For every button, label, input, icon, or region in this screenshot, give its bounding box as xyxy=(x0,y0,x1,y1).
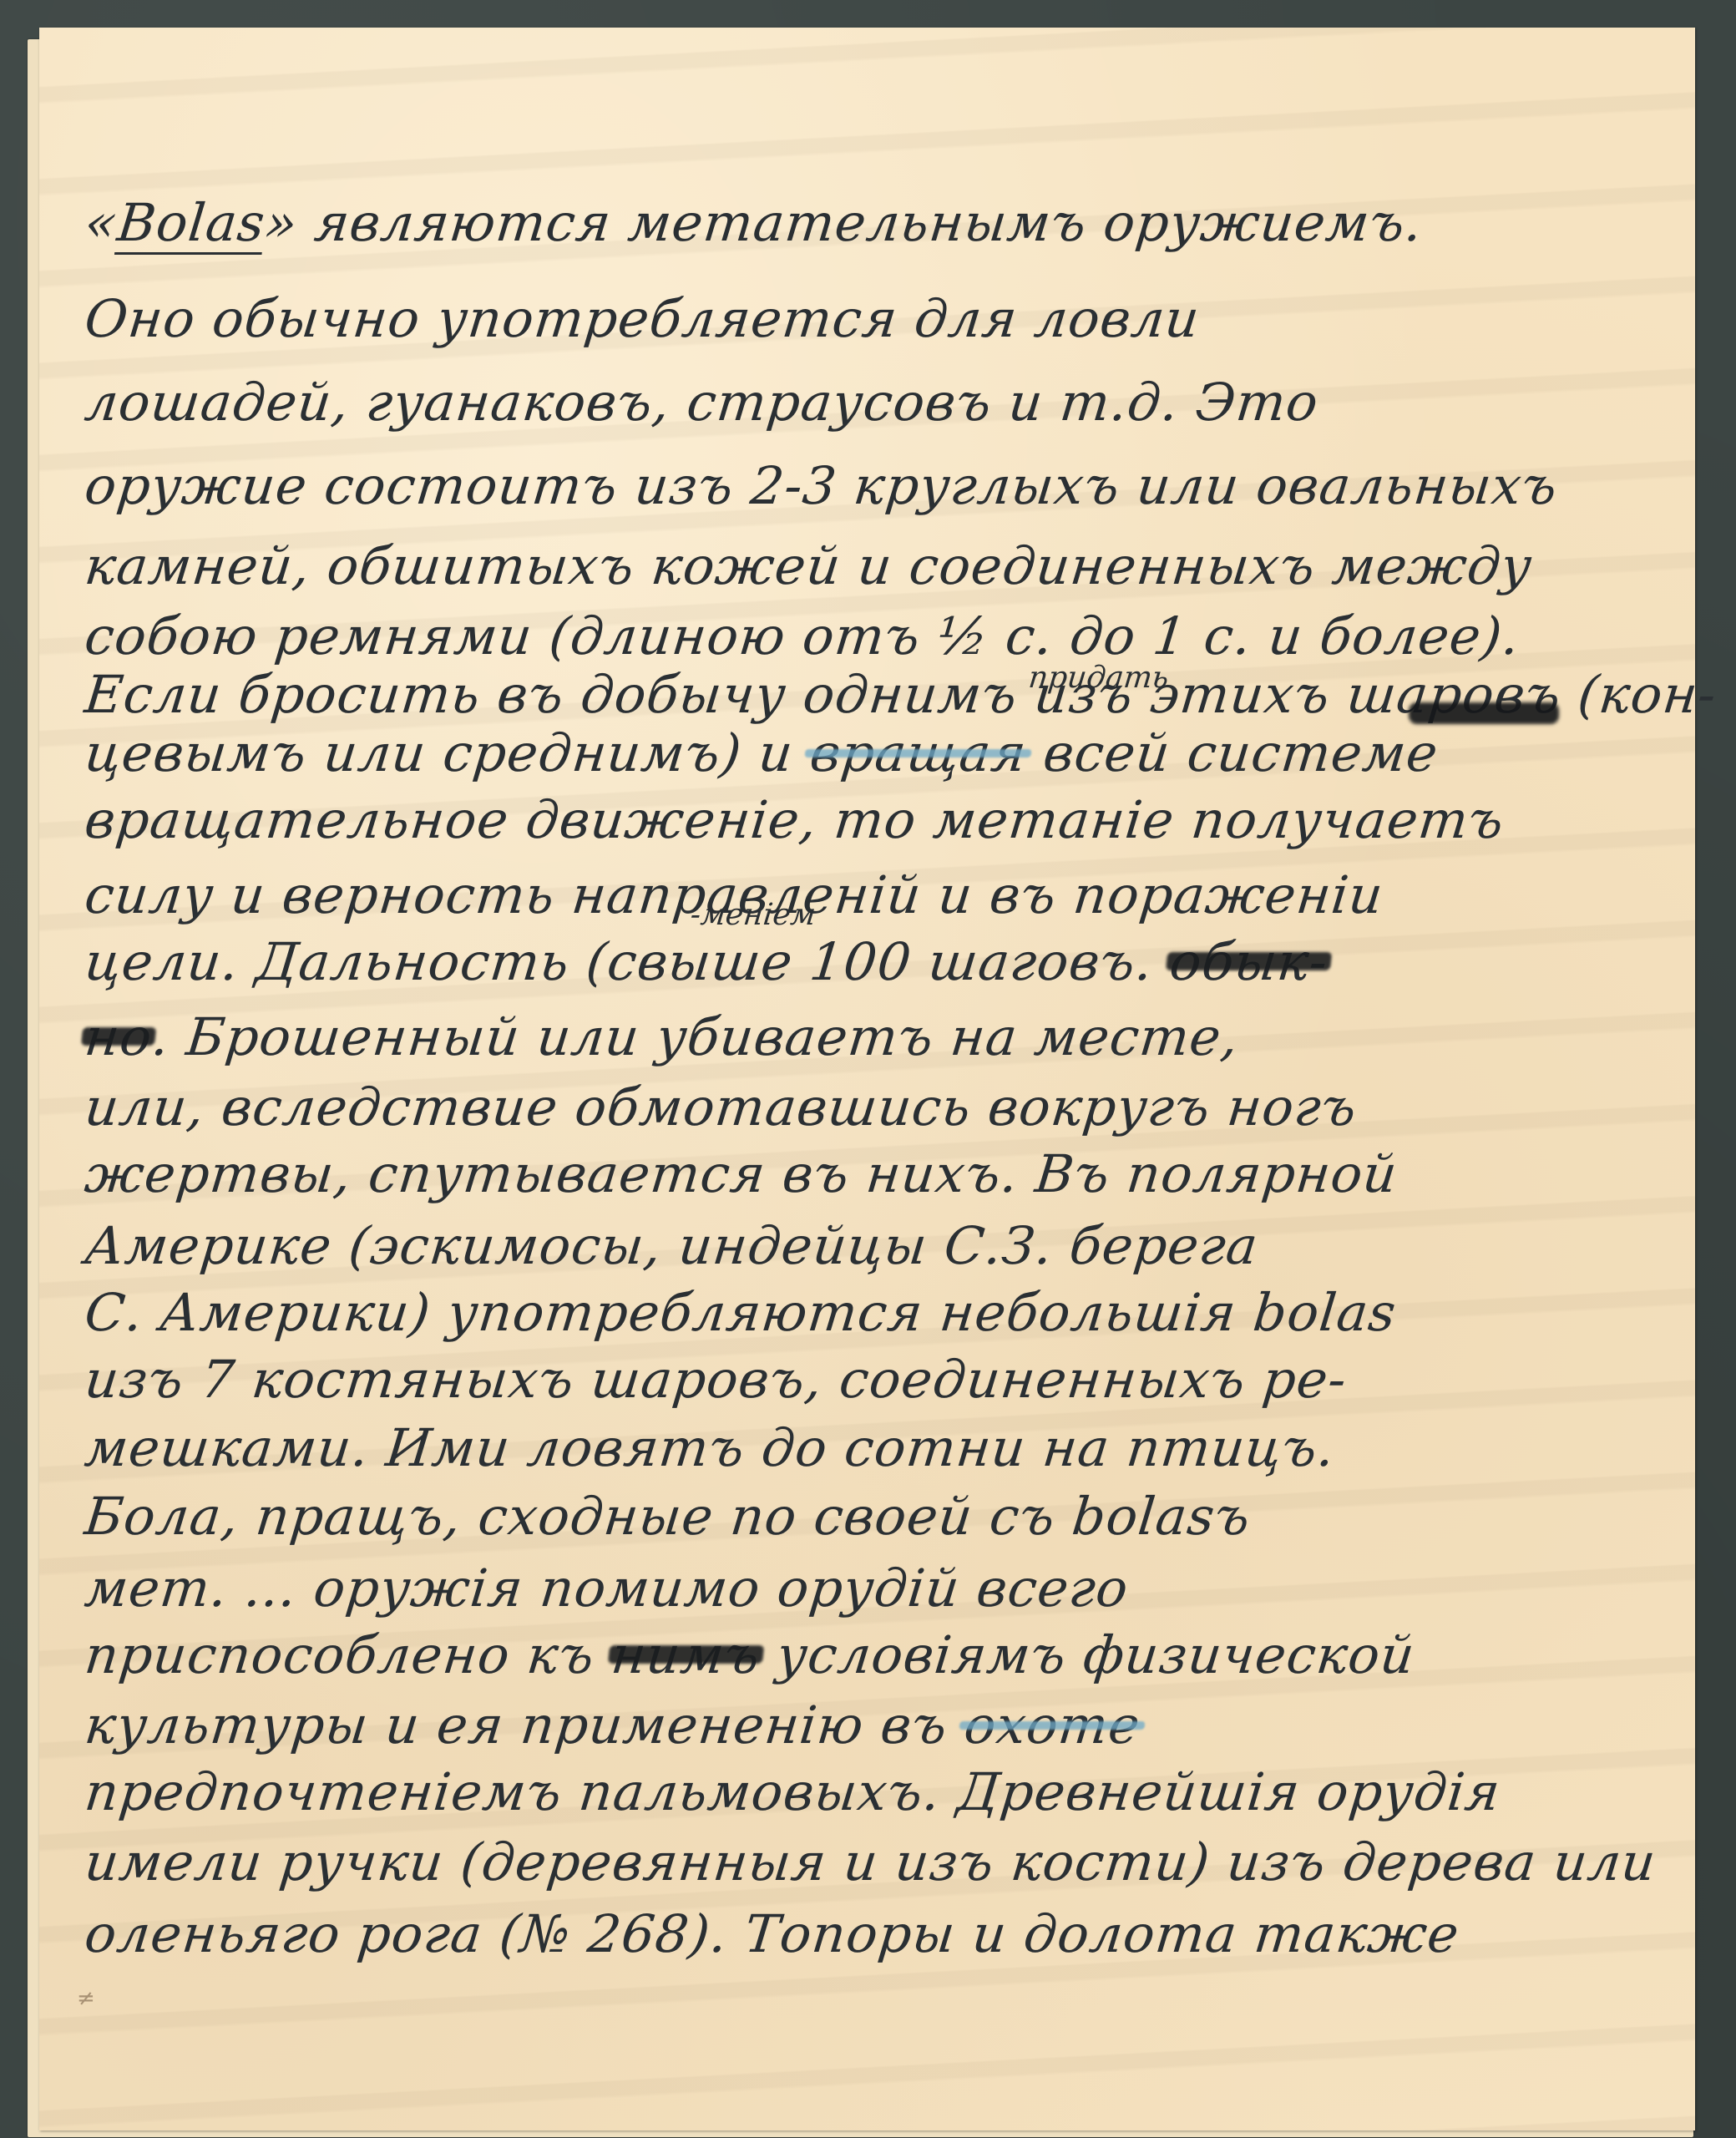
keyword-bolas: Bolas xyxy=(115,197,268,249)
line-text: Бола, пращъ, сходные по своей съ xyxy=(83,1491,1058,1543)
line-text: предпочтенiемъ пальмовыхъ. Древнейшiя ор… xyxy=(83,1766,1503,1818)
manuscript-line-15: Америке (эскимосы, индейцы С.З. берега xyxy=(83,1220,1648,1272)
manuscript-line-6: собою ремнями (длиною отъ ½ с. до 1 с. и… xyxy=(83,610,1648,662)
struck-word-black: но xyxy=(83,1011,155,1063)
line-text: культуры и ея примененiю въ xyxy=(83,1700,950,1751)
manuscript-line-21: приспособлено къ нимъ условiямъ физическ… xyxy=(83,1629,1648,1681)
interlinear-insertion: придать xyxy=(1027,661,1171,695)
manuscript-line-20: мет. ... оружiя помимо орудiй всего xyxy=(83,1563,1648,1614)
line-text: приспособлено къ xyxy=(83,1629,597,1681)
manuscript-line-19: Бола, пращъ, сходные по своей съ bolasъ xyxy=(83,1491,1648,1543)
manuscript-line-4: оружие состоитъ изъ 2-3 круглыхъ или ова… xyxy=(83,460,1648,512)
line-text: С. Америки) употребляются небольшiя xyxy=(83,1287,1239,1339)
keyword-bolas: bolas xyxy=(1070,1491,1217,1543)
struck-word-black: обык- xyxy=(1167,936,1330,988)
line-text: лошадей, гуанаковъ, страусовъ и т.д. Это xyxy=(83,377,1321,428)
line-text: Оно обычно употребляется для ловли xyxy=(83,293,1202,345)
manuscript-line-25: оленьяго рога (№ 268). Топоры и долота т… xyxy=(83,1908,1648,1960)
manuscript-line-2: Оно обычно употребляется для ловли xyxy=(83,293,1648,345)
line-text: ъ xyxy=(1212,1491,1253,1543)
ink-blot-strike xyxy=(1409,702,1559,724)
manuscript-line-3: лошадей, гуанаковъ, страусовъ и т.д. Это xyxy=(83,377,1648,428)
struck-word-blue: вращая xyxy=(807,727,1029,779)
line-text: изъ 7 костяныхъ шаровъ, соединенныхъ ре- xyxy=(83,1354,1349,1406)
line-text: вращательное движенiе, то метанiе получа… xyxy=(83,794,1507,846)
interlinear-insertion: -менiем xyxy=(689,898,817,932)
pencil-margin-mark: ≠ xyxy=(77,1986,95,2011)
manuscript-line-24: имели ручки (деревянныя и изъ кости) изъ… xyxy=(83,1837,1648,1888)
line-text: оленьяго рога (№ 268). Топоры и долота т… xyxy=(83,1908,1462,1960)
manuscript-line-17: изъ 7 костяныхъ шаровъ, соединенныхъ ре- xyxy=(83,1354,1648,1406)
line-text: системе xyxy=(1185,727,1440,779)
manuscript-line-5: камней, обшитыхъ кожей и соединенныхъ ме… xyxy=(83,540,1648,592)
line-text: всей xyxy=(1041,727,1173,779)
line-text: » являются метательнымъ оружиемъ. xyxy=(262,197,1425,249)
line-text: цевымъ или среднимъ) и xyxy=(83,727,796,779)
line-text: или, вследствие обмотавшись вокругъ ногъ xyxy=(83,1082,1359,1133)
manuscript-line-8: цевымъ или среднимъ) и вращая всей систе… xyxy=(83,727,1648,779)
line-text: жертвы, спутывается въ нихъ. Въ полярной xyxy=(83,1148,1400,1200)
manuscript-line-14: жертвы, спутывается въ нихъ. Въ полярной xyxy=(83,1148,1648,1200)
line-text: мет. ... оружiя помимо орудiй всего xyxy=(83,1563,1131,1614)
keyword-bolas: bolas xyxy=(1251,1287,1399,1339)
manuscript-line-18: мешками. Ими ловятъ до сотни на птицъ. xyxy=(83,1422,1648,1474)
manuscript-page: «Bolas» являются метательнымъ оружиемъ. … xyxy=(39,28,1695,2130)
line-text: оружие состоитъ изъ 2-3 круглыхъ или ова… xyxy=(83,460,1561,512)
manuscript-line-16: С. Америки) употребляются небольшiя bola… xyxy=(83,1287,1648,1339)
line-text: цели. Дальность (свыше 100 шаговъ. xyxy=(83,936,1156,988)
struck-word-blue: охоте xyxy=(962,1700,1143,1751)
line-text: камней, обшитыхъ кожей и соединенныхъ ме… xyxy=(83,540,1535,592)
open-quote: « xyxy=(83,197,120,249)
manuscript-line-9: вращательное движенiе, то метанiе получа… xyxy=(83,794,1648,846)
manuscript-line-11: цели. Дальность (свыше 100 шаговъ. обык- xyxy=(83,936,1648,988)
line-text: Америке (эскимосы, индейцы С.З. берега xyxy=(83,1220,1261,1272)
line-text: имели ручки (деревянныя и изъ кости) изъ… xyxy=(83,1837,1659,1888)
manuscript-line-10: силу и верность направленiй и въ поражен… xyxy=(83,869,1648,921)
manuscript-line-1: «Bolas» являются метательнымъ оружиемъ. xyxy=(83,197,1648,249)
line-text: мешками. Ими ловятъ до сотни на птицъ. xyxy=(83,1422,1338,1474)
line-text: условiямъ физической xyxy=(775,1629,1418,1681)
line-text: . Брошенный или убиваетъ на месте, xyxy=(149,1011,1242,1063)
struck-word-black: нимъ xyxy=(609,1629,762,1681)
manuscript-line-12: но. Брошенный или убиваетъ на месте, xyxy=(83,1011,1648,1063)
line-text: собою ремнями (длиною отъ ½ с. до 1 с. и… xyxy=(83,610,1522,662)
manuscript-line-23: предпочтенiемъ пальмовыхъ. Древнейшiя ор… xyxy=(83,1766,1648,1818)
manuscript-line-13: или, вследствие обмотавшись вокругъ ногъ xyxy=(83,1082,1648,1133)
manuscript-line-22: культуры и ея примененiю въ охоте xyxy=(83,1700,1648,1751)
